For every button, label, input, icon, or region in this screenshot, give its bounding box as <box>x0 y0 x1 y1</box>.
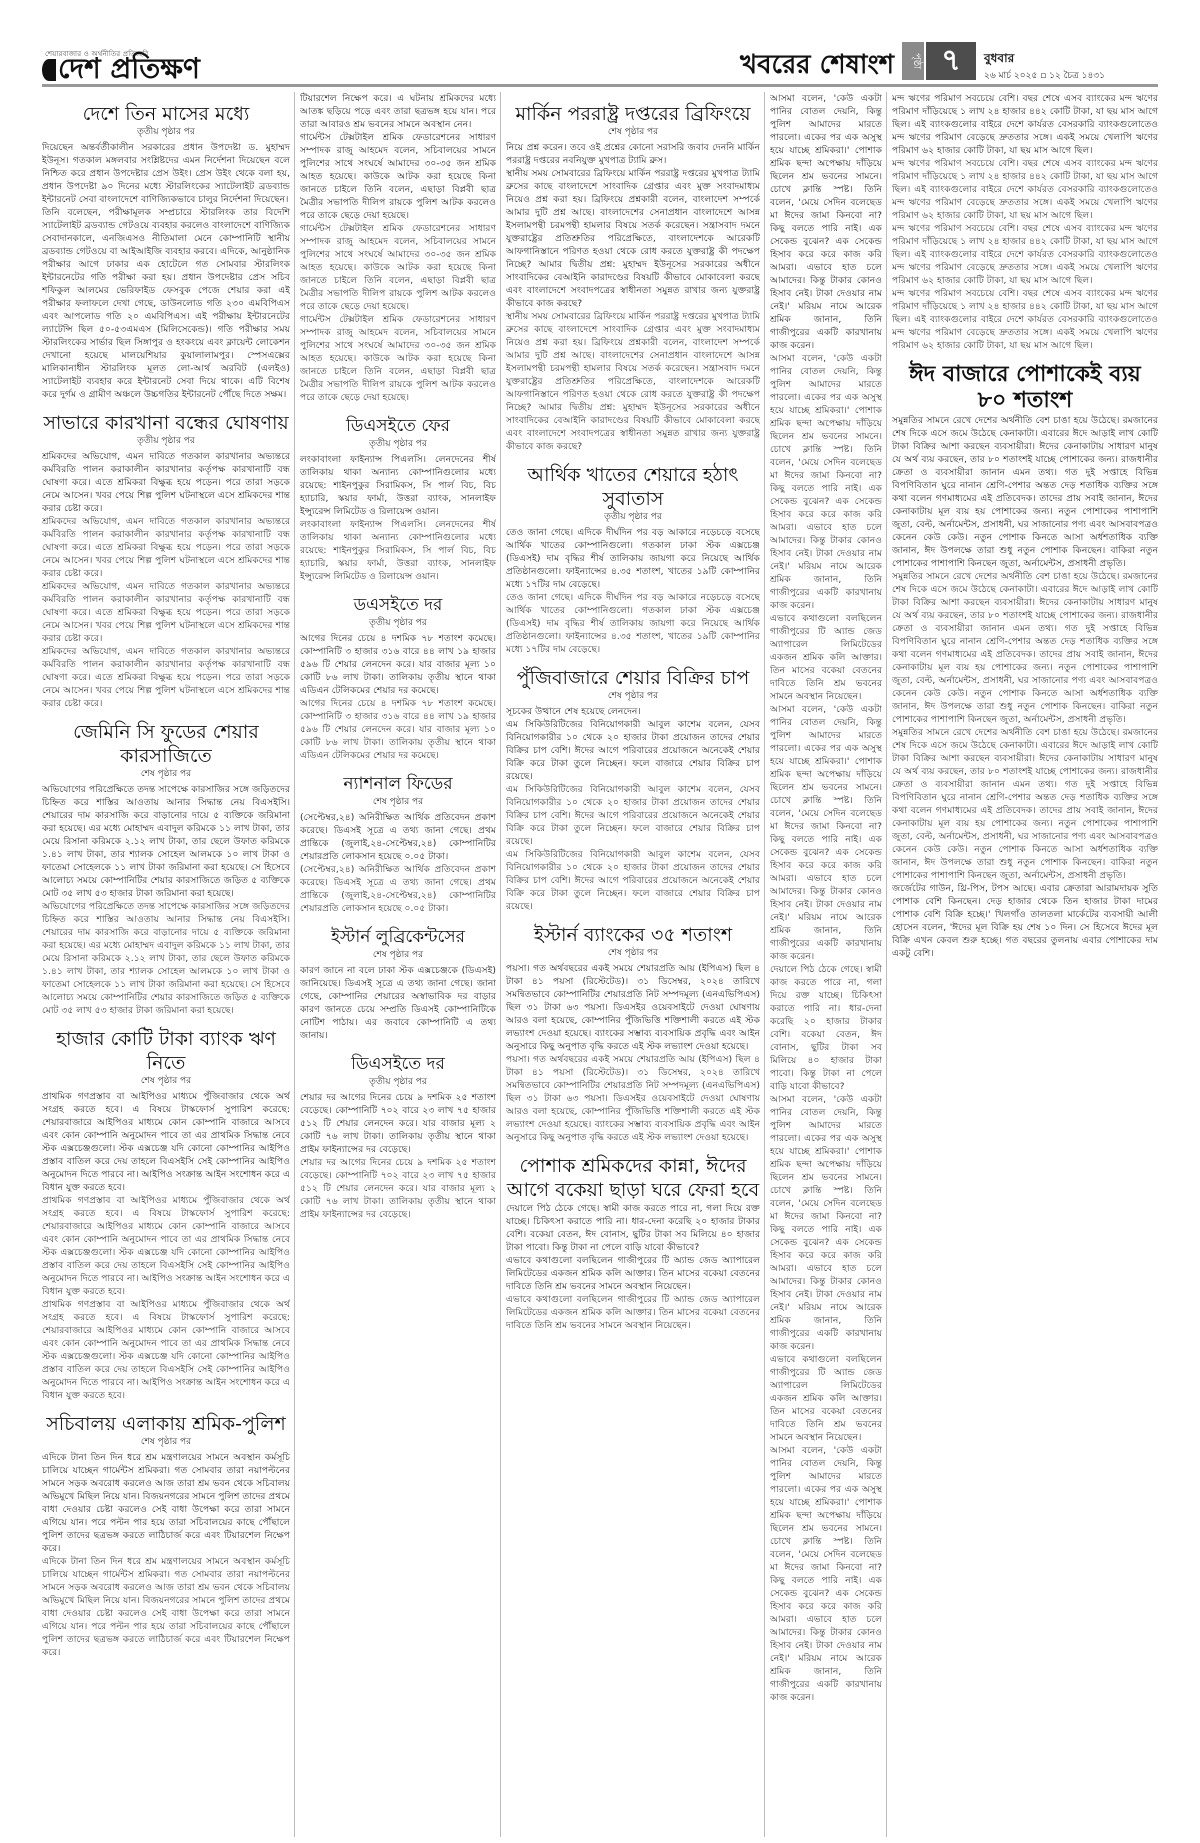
continuation-note: তৃতীয় পৃষ্ঠার পর <box>300 438 496 451</box>
article-paragraph: শ্রমিকদের অভিযোগ, এমন দাবিতে গতকাল কারখা… <box>42 515 290 580</box>
article-dse-again: ডিএসইতে ফের তৃতীয় পৃষ্ঠার পর লংকাবাংলা … <box>300 414 496 583</box>
article-headline[interactable]: জেমিনি সি ফুডের শেয়ার কারসাজিতে <box>42 720 290 768</box>
continuation-note: তৃতীয় পৃষ্ঠার পর <box>42 126 290 139</box>
continuation-note: তৃতীয় পৃষ্ঠার পর <box>506 511 760 524</box>
article-headline[interactable]: ঈদ বাজারে পোশাকেই ব্যয় ৮০ শতাংশ <box>892 362 1158 414</box>
article-paragraph: স্থানীয় সময় সোমবারের ব্রিফিংয়ে মার্কি… <box>506 310 760 453</box>
article-paragraph: আসমা বলেন, 'কেউ একটা পানির বোতল দেয়নি, … <box>770 1093 882 1353</box>
continuation-note: শেষ পৃষ্ঠার পর <box>506 947 760 960</box>
article-garment-workers: পোশাক শ্রমিকদের কান্না, ঈদের আগে বকেয়া … <box>506 1154 760 1332</box>
article-headline[interactable]: আর্থিক খাতের শেয়ারে হঠাৎ সুবাতাস <box>506 463 760 511</box>
article-paragraph: তেও জানা গেছে। এদিকে দীর্ঘদিন পর বড় আকা… <box>506 591 760 656</box>
article-headline[interactable]: দেশে তিন মাসের মধ্যে <box>42 102 290 126</box>
column-divider <box>500 92 501 1837</box>
article-paragraph: প্রাথমিক গণপ্রস্তাব বা আইপিওর মাধ্যমে পু… <box>42 1298 290 1402</box>
article-dse-price-1: ডএসইতে দর তৃতীয় পৃষ্ঠার পর আগের দিনের চ… <box>300 593 496 762</box>
article-paragraph: তিনি বলেছেন, পরীক্ষামূলক সম্প্রচারে স্টা… <box>42 206 290 401</box>
article-paragraph: পয়সা। গত অর্থবছরের একই সময়ে শেয়ারপ্রত… <box>506 962 760 1053</box>
article-paragraph: এম সিকিউরিটিজের বিনিয়োগকারী আবুল কাশেম … <box>506 718 760 783</box>
article-paragraph: স্থানীয় সময় সোমবারের ব্রিফিংয়ে মার্কি… <box>506 167 760 310</box>
continuation-note: শেষ পৃষ্ঠার পর <box>506 690 760 703</box>
article-paragraph: আসমা বলেন, 'কেউ একটা পানির বোতল দেয়নি, … <box>770 92 882 352</box>
article-paragraph: মন্দ ঋণের পরিমাণ সবচেয়ে বেশি। বছর শেষে … <box>892 157 1158 222</box>
article-paragraph: শেয়ার দর আগের দিনের চেয়ে ৯ দশমিক ২৫ শত… <box>300 1156 496 1221</box>
article-paragraph: সূচকের উত্থানে শেষ হয়েছে লেনদেন। <box>506 705 760 718</box>
article-paragraph: গার্মেন্টস টেক্সটাইল শ্রমিক ফেডারেশনের স… <box>300 313 496 404</box>
article-national-feed: ন্যাশনাল ফিডের শেষ পৃষ্ঠার পর (সেপ্টেম্ব… <box>300 772 496 915</box>
article-headline[interactable]: ইস্টার্ন ব্যাংকের ৩৫ শতাংশ <box>506 923 760 947</box>
article-headline[interactable]: ডিএসইতে দর <box>300 1052 496 1076</box>
continuation-note: শেষ পৃষ্ঠার পর <box>42 1075 290 1088</box>
article-headline[interactable]: পোশাক শ্রমিকদের কান্না, ঈদের আগে বকেয়া … <box>506 1154 760 1202</box>
section-title: খবরের শেষাংশ <box>740 52 894 78</box>
column-4: আসমা বলেন, 'কেউ একটা পানির বোতল দেয়নি, … <box>770 92 882 1832</box>
continuation-note: তৃতীয় পৃষ্ঠার পর <box>300 617 496 630</box>
logo-text: দেশ প্রতিক্ষণ <box>58 52 200 85</box>
article-secretariat-continued: টিয়ারশেল নিক্ষেপ করে। এ ঘটনায় শ্রমিকদে… <box>300 92 496 404</box>
article-financial-sector: আর্থিক খাতের শেয়ারে হঠাৎ সুবাতাস তৃতীয়… <box>506 463 760 656</box>
article-savar-factory: সাভারে কারখানা বন্ধের ঘোষণায় তৃতীয় পৃষ… <box>42 411 290 710</box>
article-paragraph: এদিকে টানা তিন দিন ধরে শ্রম মন্ত্রণালয়ে… <box>42 1451 290 1555</box>
article-paragraph: এম সিকিউরিটিজের বিনিয়োগকারী আবুল কাশেম … <box>506 783 760 848</box>
article-paragraph: প্রাথমিক গণপ্রস্তাব বা আইপিওর মাধ্যমে পু… <box>42 1090 290 1194</box>
continuation-note: শেষ পৃষ্ঠার পর <box>42 1436 290 1449</box>
article-paragraph: নিয়ে প্রশ্ন করেন। তবে ওই প্রশ্নের কোনো … <box>506 141 760 167</box>
article-paragraph: এভাবে কথাগুলো বলছিলেন গাজীপুরের টি অ্যান… <box>770 612 882 703</box>
article-paragraph: শ্রমিকদের অভিযোগ, এমন দাবিতে গতকাল কারখা… <box>42 580 290 645</box>
article-paragraph: এভাবে কথাগুলো বলছিলেন গাজীপুরের টি অ্যান… <box>506 1254 760 1293</box>
article-paragraph: এভাবে কথাগুলো বলছিলেন গাজীপুরের টি অ্যান… <box>506 1293 760 1332</box>
article-paragraph: মন্দ ঋণের পরিমাণ সবচেয়ে বেশি। বছর শেষে … <box>892 222 1158 287</box>
article-paragraph: অভিযোগের পরিপ্রেক্ষিতে তদন্ত সাপেক্ষে কা… <box>42 783 290 900</box>
logo-emblem-icon <box>42 59 56 81</box>
column-divider <box>886 92 887 1837</box>
continuation-note: শেষ পৃষ্ঠার পর <box>506 126 760 139</box>
continuation-note: শেষ পৃষ্ঠার পর <box>300 796 496 809</box>
article-paragraph: সমুন্নতির সামনে রেখে দেশের অর্থনীতি বেশ … <box>892 570 1158 726</box>
article-headline[interactable]: সাভারে কারখানা বন্ধের ঘোষণায় <box>42 411 290 435</box>
article-paragraph: দিয়েছেন অন্তর্বর্তীকালীন সরকারের প্রধান… <box>42 141 290 206</box>
article-paragraph: মন্দ ঋণের পরিমাণ সবচেয়ে বেশি। বছর শেষে … <box>892 92 1158 157</box>
column-3: মার্কিন পররাষ্ট্র দপ্তরের ব্রিফিংয়ে শেষ… <box>506 92 760 1832</box>
article-eastern-bank: ইস্টার্ন ব্যাংকের ৩৫ শতাংশ শেষ পৃষ্ঠার প… <box>506 923 760 1144</box>
continuation-note: শেষ পৃষ্ঠার পর <box>42 768 290 781</box>
article-paragraph: শ্রমিকদের অভিযোগ, এমন দাবিতে গতকাল কারখা… <box>42 645 290 710</box>
article-starlink: দেশে তিন মাসের মধ্যে তৃতীয় পৃষ্ঠার পর দ… <box>42 102 290 401</box>
article-paragraph: এভাবে কথাগুলো বলছিলেন গাজীপুরের টি অ্যান… <box>770 1353 882 1444</box>
column-divider <box>764 92 765 1837</box>
article-paragraph: মন্দ ঋণের পরিমাণ সবচেয়ে বেশি। বছর শেষে … <box>892 287 1158 352</box>
continuation-note: তৃতীয় পৃষ্ঠার পর <box>42 435 290 448</box>
column-2: টিয়ারশেল নিক্ষেপ করে। এ ঘটনায় শ্রমিকদে… <box>300 92 496 1832</box>
column-divider <box>294 92 295 1837</box>
masthead: শেয়ারবাজার ও অর্থনীতির প্রতিচ্ছবি দেশ প… <box>0 0 1200 80</box>
article-paragraph: দেয়ালে পিঠ ঠেকে গেছে। স্বামী কাজ করতে প… <box>770 963 882 1093</box>
article-bad-loans: মন্দ ঋণের পরিমাণ সবচেয়ে বেশি। বছর শেষে … <box>892 92 1158 352</box>
article-paragraph: শ্রমিকদের অভিযোগ, এমন দাবিতে গতকাল কারখা… <box>42 450 290 515</box>
article-paragraph: শেয়ার দর আগের দিনের চেয়ে ৯ দশমিক ২৫ শত… <box>300 1091 496 1156</box>
article-headline[interactable]: ইস্টার্ন লুব্রিকেন্টসের <box>300 925 496 949</box>
continuation-note: শেষ পৃষ্ঠার পর <box>300 949 496 962</box>
article-paragraph: আসমা বলেন, 'কেউ একটা পানির বোতল দেয়নি, … <box>770 352 882 612</box>
article-share-selling-pressure: পুঁজিবাজারে শেয়ার বিক্রির চাপ শেষ পৃষ্ঠ… <box>506 666 760 913</box>
article-headline[interactable]: মার্কিন পররাষ্ট্র দপ্তরের ব্রিফিংয়ে <box>506 102 760 126</box>
article-paragraph: প্রাথমিক গণপ্রস্তাব বা আইপিওর মাধ্যমে পু… <box>42 1194 290 1298</box>
article-paragraph: গার্মেন্টস টেক্সটাইল শ্রমিক ফেডারেশনের স… <box>300 131 496 222</box>
article-paragraph: অভিযোগের পরিপ্রেক্ষিতে তদন্ত সাপেক্ষে কা… <box>42 900 290 1017</box>
article-paragraph: (সেপ্টেম্বর,২৪) অনিরীক্ষিত আর্থিক প্রতিব… <box>300 863 496 915</box>
continuation-note: তৃতীয় পৃষ্ঠার পর <box>300 1076 496 1089</box>
article-eastern-lubricants: ইস্টার্ন লুব্রিকেন্টসের শেষ পৃষ্ঠার পর ক… <box>300 925 496 1042</box>
article-dse-price-2: ডিএসইতে দর তৃতীয় পৃষ্ঠার পর শেয়ার দর আ… <box>300 1052 496 1221</box>
article-headline[interactable]: পুঁজিবাজারে শেয়ার বিক্রির চাপ <box>506 666 760 690</box>
article-headline[interactable]: ন্যাশনাল ফিডের <box>300 772 496 796</box>
article-paragraph: টিয়ারশেল নিক্ষেপ করে। এ ঘটনায় শ্রমিকদে… <box>300 92 496 131</box>
article-paragraph: কারণ জানে না বলে ঢাকা স্টক এক্সচেঞ্জকে (… <box>300 964 496 1042</box>
article-paragraph: লংকাবাংলা ফাইন্যান্স পিএলসি। লেনদেনের শী… <box>300 453 496 518</box>
weekday: বুধবার <box>984 50 1014 70</box>
column-5: মন্দ ঋণের পরিমাণ সবচেয়ে বেশি। বছর শেষে … <box>892 92 1158 1832</box>
article-paragraph: তেও জানা গেছে। এদিকে দীর্ঘদিন পর বড় আকা… <box>506 526 760 591</box>
article-us-state-dept: মার্কিন পররাষ্ট্র দপ্তরের ব্রিফিংয়ে শেষ… <box>506 102 760 453</box>
header-rule <box>42 84 1158 87</box>
article-paragraph: আসমা বলেন, 'কেউ একটা পানির বোতল দেয়নি, … <box>770 703 882 963</box>
article-paragraph: সমুন্নতির সামনে রেখে দেশের অর্থনীতি বেশ … <box>892 414 1158 570</box>
article-paragraph: পয়সা। গত অর্থবছরের একই সময়ে শেয়ারপ্রত… <box>506 1053 760 1144</box>
newspaper-logo[interactable]: দেশ প্রতিক্ষণ <box>42 55 200 83</box>
article-paragraph: লংকাবাংলা ফাইন্যান্স পিএলসি। লেনদেনের শী… <box>300 518 496 583</box>
article-paragraph: আগের দিনের চেয়ে ৪ দশমিক ৭৮ শতাংশ কমেছে।… <box>300 697 496 762</box>
article-paragraph: আগের দিনের চেয়ে ৪ দশমিক ৭৮ শতাংশ কমেছে।… <box>300 632 496 697</box>
page-number: ৭ <box>926 42 976 80</box>
article-paragraph: জর্জেটের গাউন, থ্রি-পিস, টপস আছে। এবার ক… <box>892 882 1158 960</box>
article-bank-loan: হাজার কোটি টাকা ব্যাংক ঋণ নিতে শেষ পৃষ্ঠ… <box>42 1027 290 1402</box>
page-label: পৃষ্ঠা <box>902 42 924 80</box>
column-1: দেশে তিন মাসের মধ্যে তৃতীয় পৃষ্ঠার পর দ… <box>42 92 290 1832</box>
article-headline[interactable]: হাজার কোটি টাকা ব্যাংক ঋণ নিতে <box>42 1027 290 1075</box>
article-headline[interactable]: ডএসইতে দর <box>300 593 496 617</box>
article-paragraph: সমুন্নতির সামনে রেখে দেশের অর্থনীতি বেশ … <box>892 726 1158 882</box>
article-secretariat-clash: সচিবালয় এলাকায় শ্রমিক-পুলিশ শেষ পৃষ্ঠা… <box>42 1412 290 1659</box>
article-headline[interactable]: ডিএসইতে ফের <box>300 414 496 438</box>
article-eid-market: ঈদ বাজারে পোশাকেই ব্যয় ৮০ শতাংশ সমুন্নত… <box>892 362 1158 960</box>
article-headline[interactable]: সচিবালয় এলাকায় শ্রমিক-পুলিশ <box>42 1412 290 1436</box>
article-paragraph: (সেপ্টেম্বর,২৪) অনিরীক্ষিত আর্থিক প্রতিব… <box>300 811 496 863</box>
article-gemini-sea-food: জেমিনি সি ফুডের শেয়ার কারসাজিতে শেষ পৃষ… <box>42 720 290 1017</box>
article-paragraph: গার্মেন্টস টেক্সটাইল শ্রমিক ফেডারেশনের স… <box>300 222 496 313</box>
article-paragraph: এদিকে টানা তিন দিন ধরে শ্রম মন্ত্রণালয়ে… <box>42 1555 290 1659</box>
article-paragraph: আসমা বলেন, 'কেউ একটা পানির বোতল দেয়নি, … <box>770 1444 882 1704</box>
article-paragraph: এম সিকিউরিটিজের বিনিয়োগকারী আবুল কাশেম … <box>506 848 760 913</box>
article-paragraph: দেয়ালে পিঠ ঠেকে গেছে। স্বামী কাজ করতে প… <box>506 1202 760 1254</box>
date-line: ২৬ মার্চ ২০২৫ ▫ ১২ চৈত্র ১৪৩১ <box>984 68 1105 83</box>
